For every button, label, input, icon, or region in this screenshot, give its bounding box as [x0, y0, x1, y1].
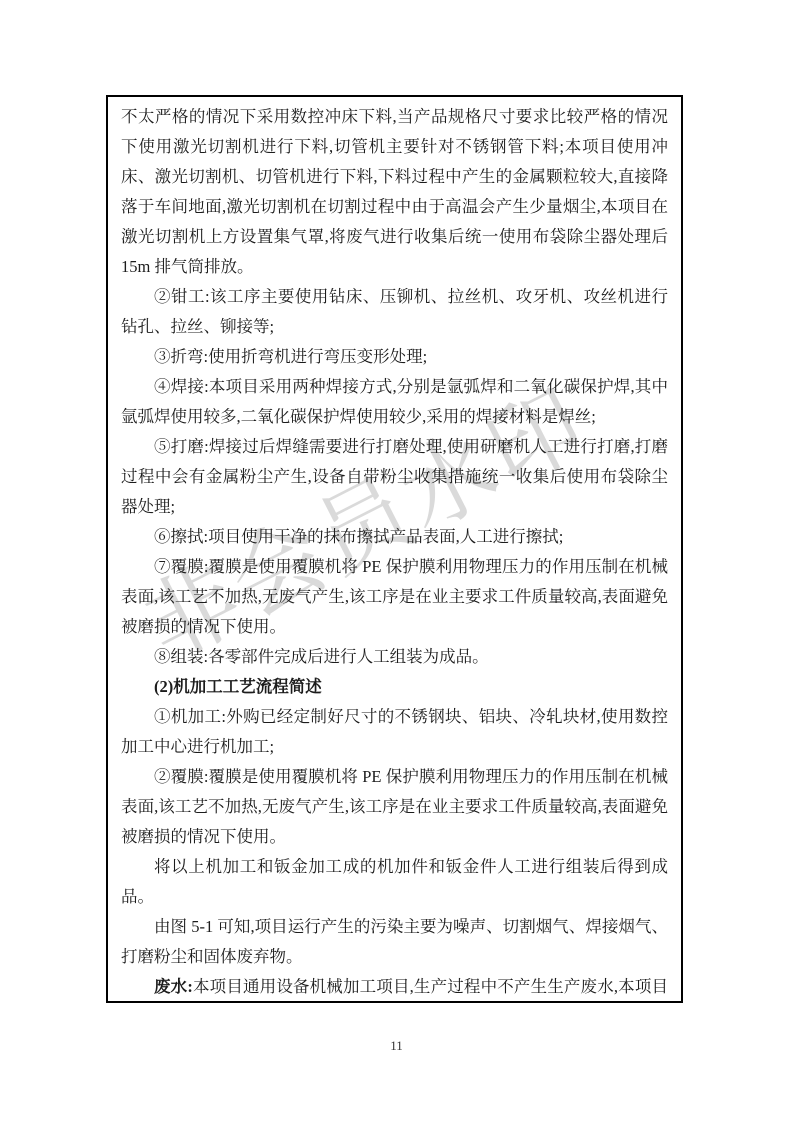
- section-heading: (2)机加工工艺流程简述: [121, 672, 668, 702]
- paragraph: 由图 5-1 可知,项目运行产生的污染主要为噪声、切割烟气、焊接烟气、打磨粉尘和…: [121, 912, 668, 972]
- paragraph: ③折弯:使用折弯机进行弯压变形处理;: [121, 342, 668, 372]
- paragraph: ⑤打磨:焊接过后焊缝需要进行打磨处理,使用研磨机人工进行打磨,打磨过程中会有金属…: [121, 432, 668, 522]
- paragraph: ②钳工:该工序主要使用钻床、压铆机、拉丝机、攻牙机、攻丝机进行钻孔、拉丝、铆接等…: [121, 282, 668, 342]
- paragraph: ①机加工:外购已经定制好尺寸的不锈钢块、铝块、冷轧块材,使用数控加工中心进行机加…: [121, 702, 668, 762]
- paragraph: ⑧组装:各零部件完成后进行人工组装为成品。: [121, 642, 668, 672]
- paragraph: ④焊接:本项目采用两种焊接方式,分别是氩弧焊和二氧化碳保护焊,其中氩弧焊使用较多…: [121, 372, 668, 432]
- paragraph: ⑦覆膜:覆膜是使用覆膜机将 PE 保护膜利用物理压力的作用压制在机械表面,该工艺…: [121, 552, 668, 642]
- paragraph: ⑥擦拭:项目使用干净的抹布擦拭产品表面,人工进行擦拭;: [121, 522, 668, 552]
- paragraph: ②覆膜:覆膜是使用覆膜机将 PE 保护膜利用物理压力的作用压制在机械表面,该工艺…: [121, 762, 668, 852]
- content-box: 不太严格的情况下采用数控冲床下料,当产品规格尺寸要求比较严格的情况下使用激光切割…: [106, 95, 683, 1003]
- page-number: 11: [0, 1038, 793, 1054]
- paragraph: 废水:本项目通用设备机械加工项目,生产过程中不产生生产废水,本项目产生污水只有职…: [121, 972, 668, 1003]
- paragraph-bold-prefix: 废水:: [154, 977, 193, 996]
- document-page: 非会员水印 不太严格的情况下采用数控冲床下料,当产品规格尺寸要求比较严格的情况下…: [0, 0, 793, 1122]
- paragraph: 将以上机加工和钣金加工成的机加件和钣金件人工进行组装后得到成品。: [121, 852, 668, 912]
- paragraph: 不太严格的情况下采用数控冲床下料,当产品规格尺寸要求比较严格的情况下使用激光切割…: [121, 102, 668, 282]
- document-body: 不太严格的情况下采用数控冲床下料,当产品规格尺寸要求比较严格的情况下使用激光切割…: [121, 102, 668, 1003]
